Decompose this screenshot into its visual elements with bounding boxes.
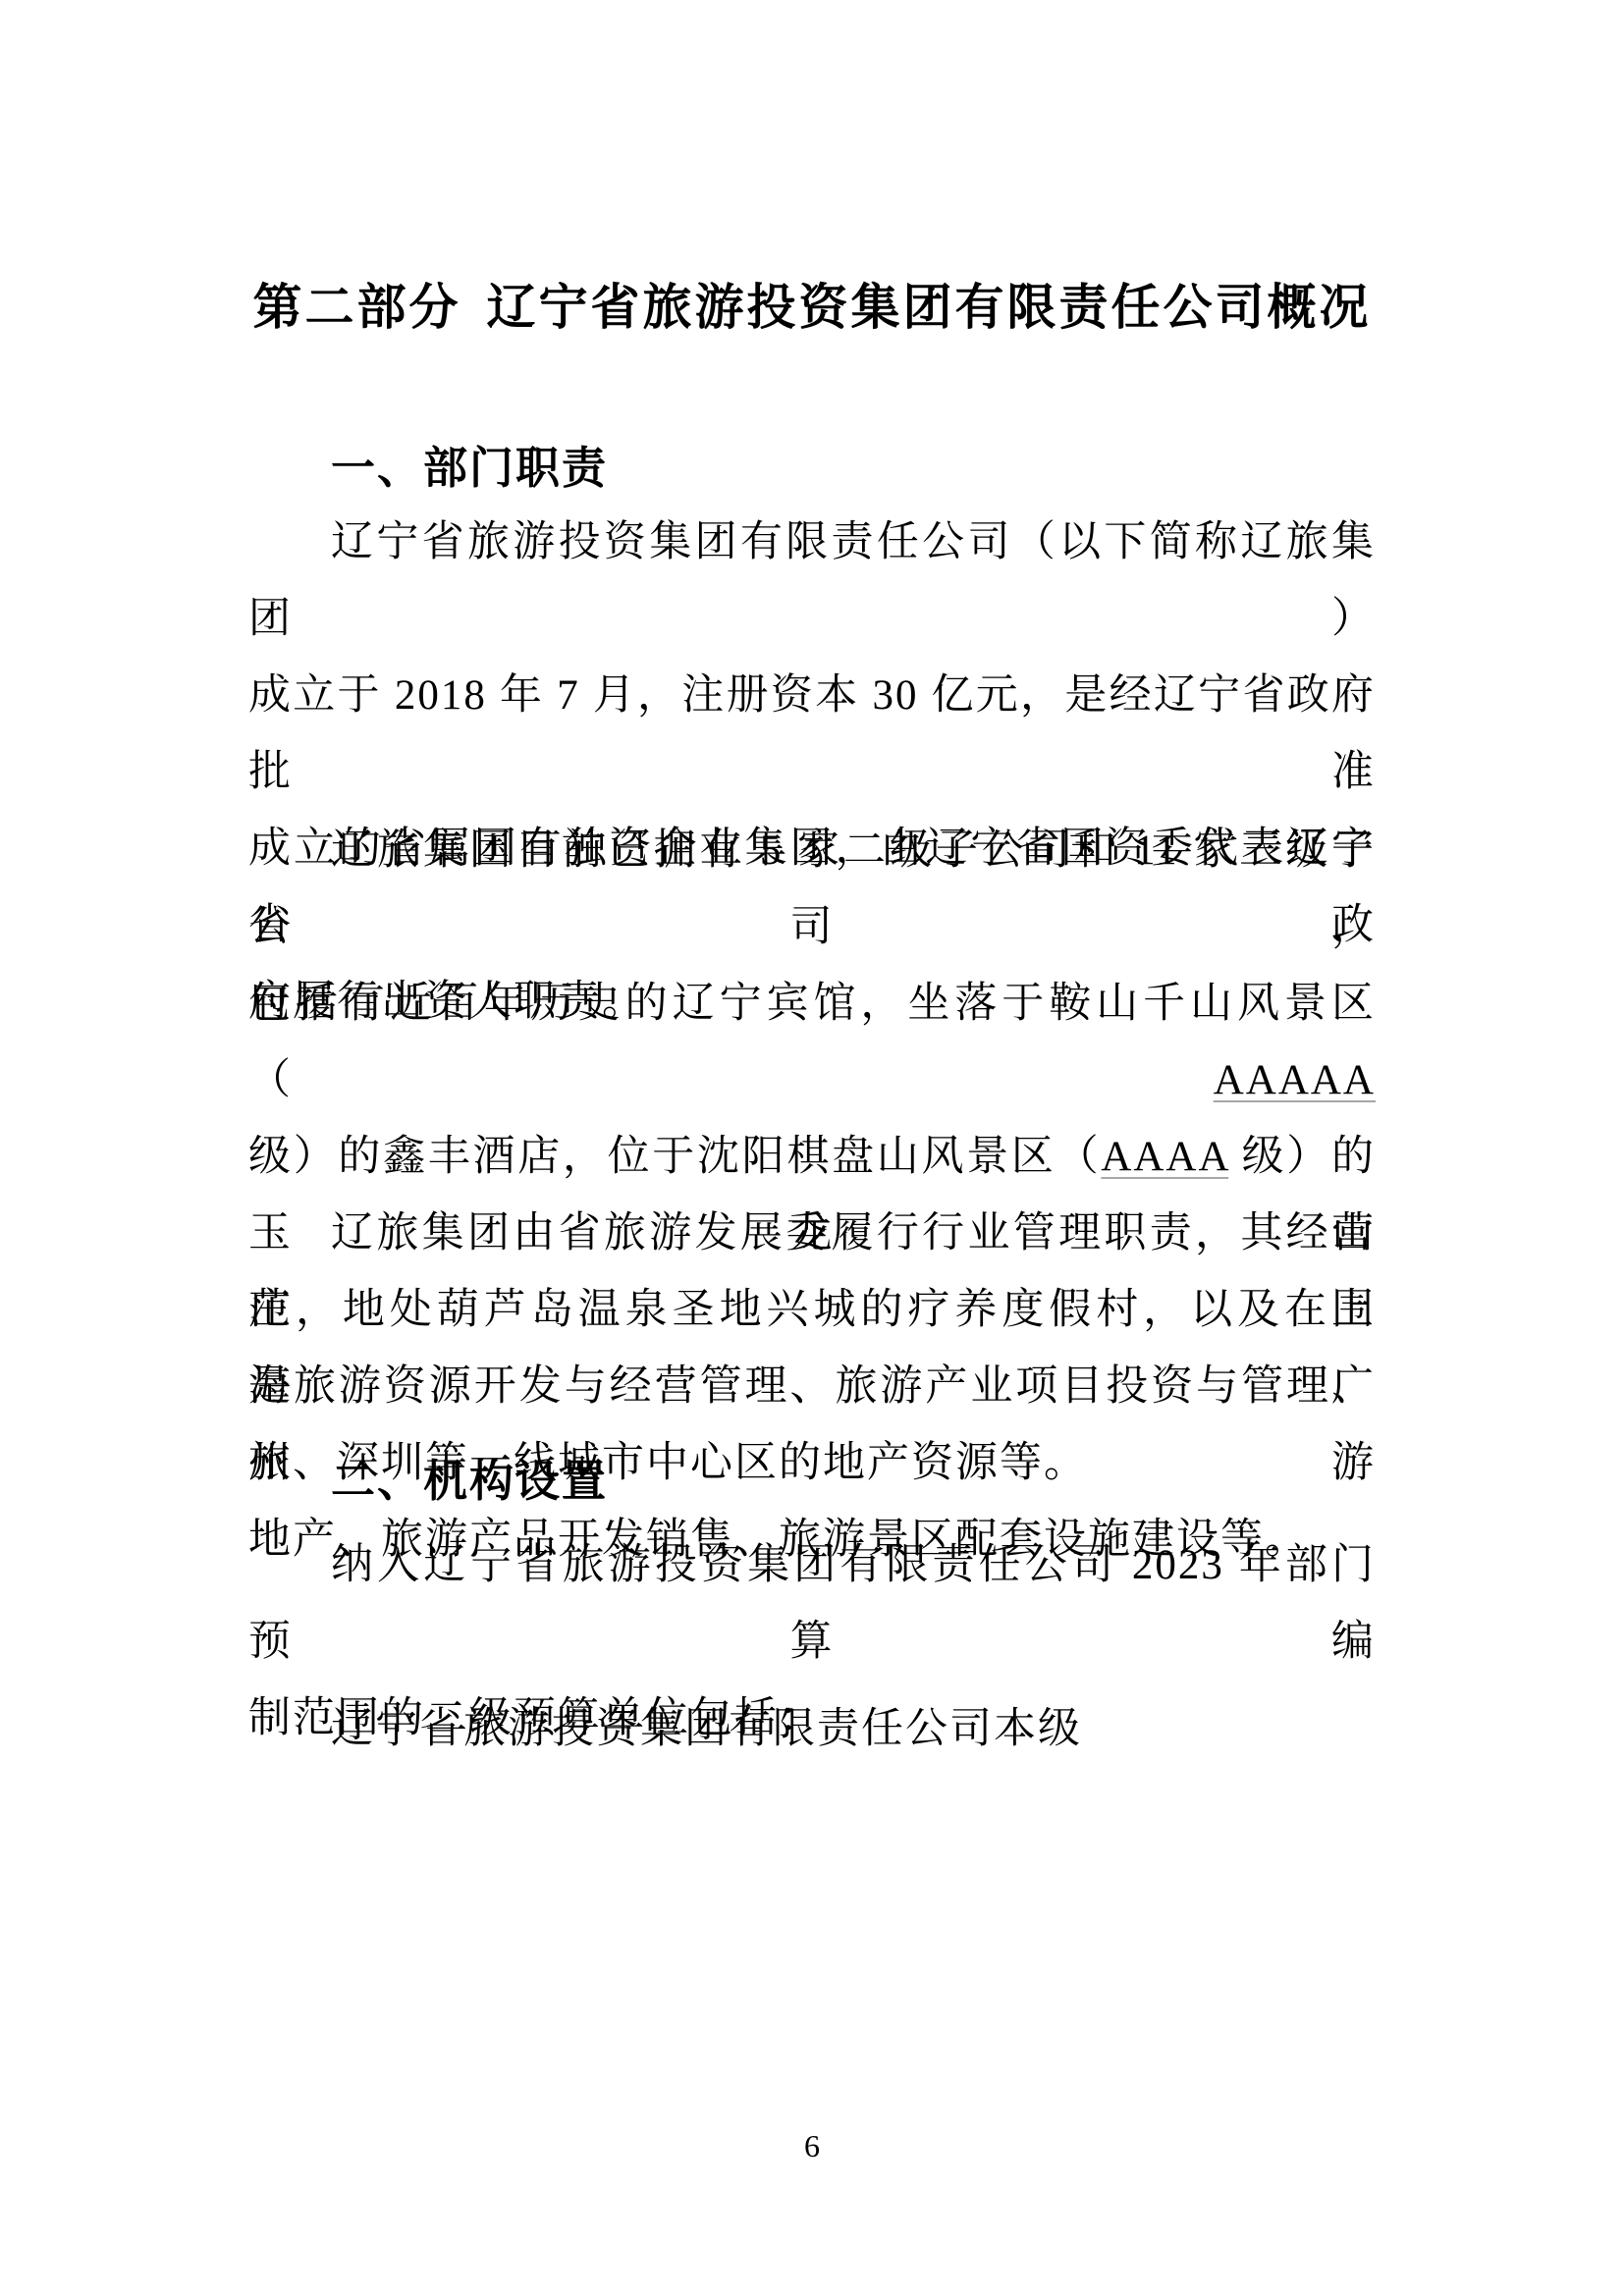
page-number: 6 (0, 2126, 1624, 2165)
document-title-part-number: 第二部分 (253, 280, 461, 335)
paragraph-line: 辽宁省旅游投资集团有限责任公司（以下简称辽旅集团） (248, 505, 1376, 658)
paragraph-line: 辽旅集团由省旅游发展委履行行业管理职责，其经营范围 (248, 1196, 1376, 1349)
paragraph-line: 成立于 2018 年 7 月，注册资本 30 亿元，是经辽宁省政府批准 (248, 658, 1376, 811)
paragraph-line: 纳入辽宁省旅游投资集团有限责任公司 2023 年部门预算编 (248, 1527, 1376, 1681)
section-heading-organization-setup: 二、机构设置 (248, 1452, 1458, 1511)
paragraph-business-scope: 辽旅集团由省旅游发展委履行行业管理职责，其经营范围 是旅游资源开发与经营管理、旅… (248, 1196, 1376, 1578)
document-title: 第二部分辽宁省旅游投资集团有限责任公司概况 (0, 268, 1624, 347)
paragraph-budget-unit: 辽宁省旅游投资集团有限责任公司本级 (248, 1691, 1376, 1768)
paragraph-line: 包括有近百年历史的辽宁宾馆，坐落于鞍山千山风景区（AAAAA (248, 966, 1376, 1119)
paragraph-line: 辽旅集团目前已拥有 5 家二级子公司和 11 家三级子公司， (248, 813, 1376, 966)
document-title-company-name: 辽宁省旅游投资集团有限责任公司概况 (487, 280, 1372, 335)
paragraph-text: 包括有近百年历史的辽宁宾馆，坐落于鞍山千山风景区（ (248, 981, 1376, 1103)
document-page: 第二部分辽宁省旅游投资集团有限责任公司概况 一、部门职责 辽宁省旅游投资集团有限… (0, 0, 1624, 2296)
rating-aaaa: AAAA (1101, 1134, 1228, 1180)
paragraph-text: 级）的鑫丰酒店，位于沈阳棋盘山风景区（ (248, 1134, 1101, 1180)
section-heading-department-duties: 一、部门职责 (248, 439, 1458, 498)
rating-aaaaa: AAAAA (1214, 1057, 1376, 1103)
